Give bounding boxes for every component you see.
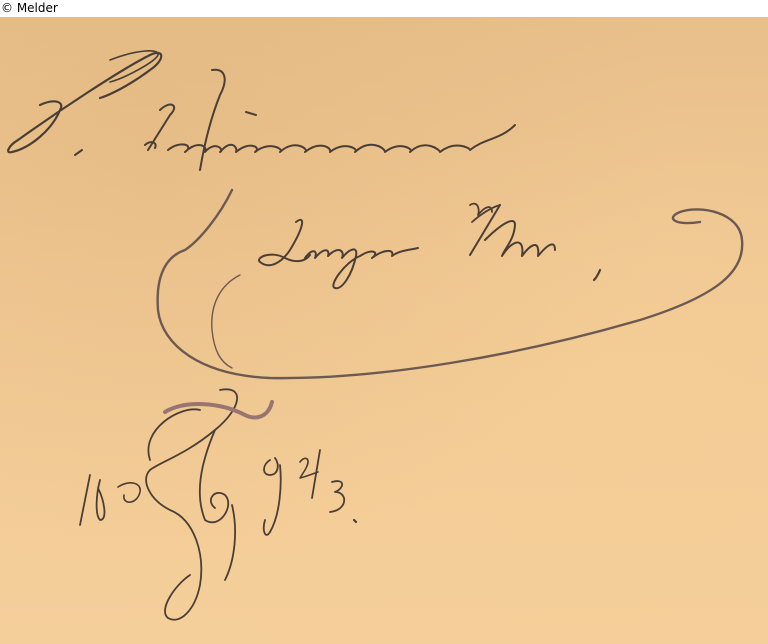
handwriting-strokes xyxy=(0,17,768,644)
credit-text: © Melder xyxy=(0,1,58,15)
flourish-swash xyxy=(158,190,743,378)
signature-handwriting xyxy=(8,51,515,170)
document-scan: S. Seligmann Lueger m/Ah. 18 G 92/3. xyxy=(0,17,768,644)
date-handwriting xyxy=(80,389,356,619)
copyright-credit: © Melder xyxy=(0,0,768,17)
dedication-handwriting xyxy=(259,204,600,289)
